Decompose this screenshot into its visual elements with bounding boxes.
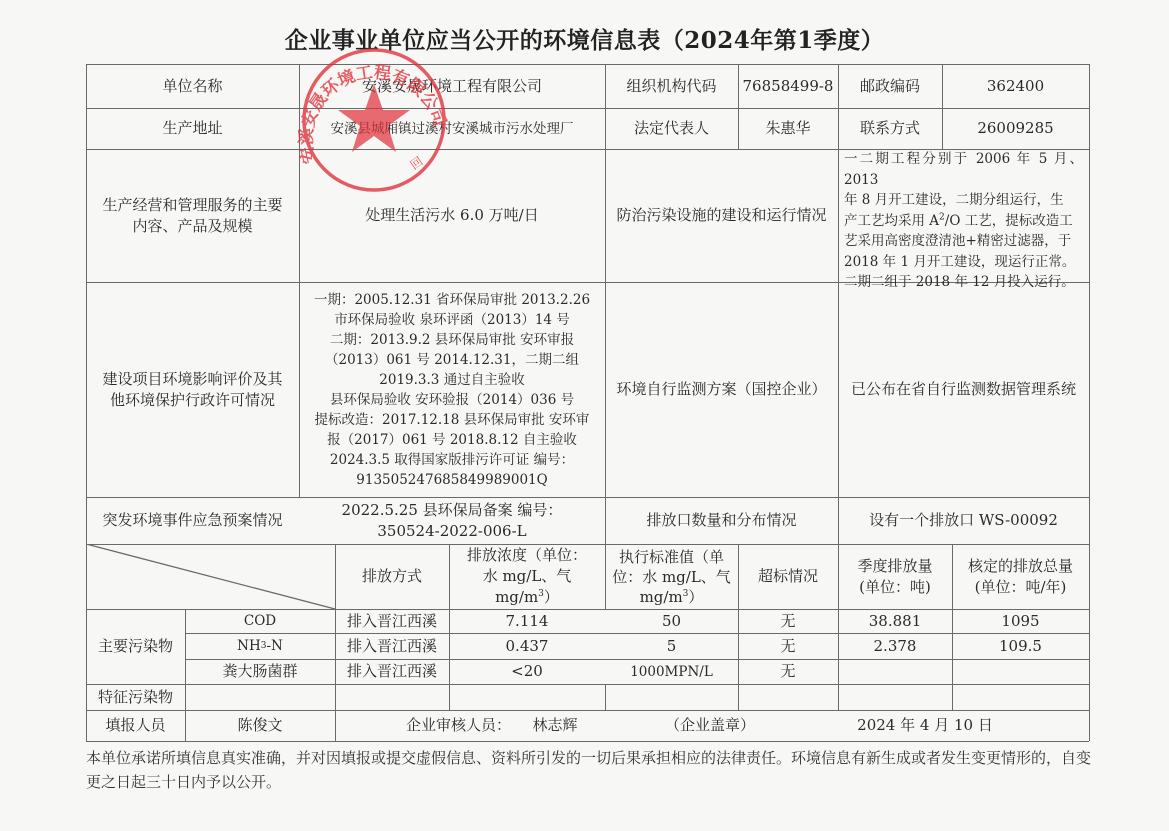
eia-line: 2024.3.5 取得国家版排污许可证 编号： — [330, 450, 574, 470]
postal-code-value: 362400 — [942, 64, 1089, 108]
pollutant-concentration: 7.114 — [449, 609, 605, 633]
grid-line — [952, 684, 953, 710]
pollutant-quarterly: 2.378 — [838, 633, 952, 659]
outlet-value: 设有一个排放口 WS-00092 — [838, 497, 1089, 544]
header-quarterly-line: 季度排放量 — [857, 556, 932, 577]
pollutant-approved: 1095 — [952, 609, 1089, 633]
header-approved-line: (单位：吨/年) — [975, 577, 1067, 598]
monitoring-value: 已公布在省自行监测数据管理系统 — [838, 282, 1089, 497]
unit-name-value: 安溪安晟环境工程有限公司 — [299, 64, 605, 108]
grid-line — [838, 684, 839, 710]
pollutant-quarterly: 38.881 — [838, 609, 952, 633]
emergency-line: 2022.5.25 县环保局备案 编号： — [342, 500, 563, 521]
grid-line — [1089, 64, 1090, 741]
legal-rep-label: 法定代表人 — [605, 108, 738, 149]
emergency-line: 350524-2022-006-L — [377, 521, 526, 542]
eia-label: 建设项目环境影响评价及其他环境保护行政许可情况 — [86, 282, 299, 497]
eia-line: 二期：2013.9.2 县环保局审批 安环审报 — [330, 330, 574, 350]
operations-value: 处理生活污水 6.0 万吨/日 — [299, 149, 605, 282]
filler-label: 填报人员 — [86, 710, 185, 741]
header-quarterly: 季度排放量 (单位：吨) — [838, 544, 952, 609]
pollutant-standard: 5 — [605, 633, 738, 659]
facilities-value: 一二期工程分别于 2006 年 5 月、2013 年 8 月开工建设，二期分组运… — [838, 149, 1089, 282]
pollutant-name: COD — [185, 609, 335, 633]
pollutant-exceed: 无 — [738, 609, 838, 633]
facilities-line: 艺采用高密度澄清池+精密过滤器，于 — [844, 231, 1071, 252]
eia-line: 市环保局验收 泉环评函（2013）14 号 — [334, 310, 570, 330]
facilities-line: 一二期工程分别于 2006 年 5 月、2013 — [844, 149, 1083, 190]
facilities-label: 防治污染设施的建设和运行情况 — [605, 149, 838, 282]
diagonal-line — [86, 544, 336, 610]
header-concentration-line: 水 mg/L、气 mg/m3） — [453, 566, 601, 608]
operations-label: 生产经营和管理服务的主要内容、产品及规模 — [86, 149, 299, 282]
footer-note: 本单位承诺所填信息真实准确，并对因填报或提交虚假信息、资料所引发的一切后果承担相… — [86, 746, 1091, 794]
pollutant-method: 排入晋江西溪 — [335, 633, 449, 659]
header-standard: 执行标准值（单 位：水 mg/L、气 mg/m3） — [605, 544, 738, 609]
contact-label: 联系方式 — [838, 108, 942, 149]
address-label: 生产地址 — [86, 108, 299, 149]
header-approved: 核定的排放总量 (单位：吨/年) — [952, 544, 1089, 609]
facilities-line: 产工艺均采用 A2/O 工艺，提标改造工 — [844, 211, 1073, 232]
pollutant-exceed: 无 — [738, 659, 838, 684]
facilities-line: 2018 年 1 月开工建设，现运行正常。 — [844, 252, 1075, 273]
pollutant-standard: 50 — [605, 609, 738, 633]
postal-code-label: 邮政编码 — [838, 64, 942, 108]
eia-line: （2013）061 号 2014.12.31，二期二组 — [325, 350, 579, 370]
eia-line: 91350524768584998900​1Q — [356, 470, 547, 490]
pollutant-name: 粪大肠菌群 — [185, 659, 335, 684]
header-concentration: 排放浓度（单位： 水 mg/L、气 mg/m3） — [449, 544, 605, 609]
contact-value: 26009285 — [942, 108, 1089, 149]
legal-rep-value: 朱惠华 — [738, 108, 838, 149]
unit-name-label: 单位名称 — [86, 64, 299, 108]
pollutant-approved: 109.5 — [952, 633, 1089, 659]
filler-value: 陈俊文 — [185, 710, 335, 741]
header-standard-line: 位：水 mg/L、气 — [612, 567, 731, 587]
org-code-label: 组织机构代码 — [605, 64, 738, 108]
pollutant-name: NH3-N — [185, 633, 335, 659]
header-concentration-line: 排放浓度（单位： — [467, 545, 587, 566]
emergency-label: 突发环境事件应急预案情况 — [86, 497, 299, 544]
pollutant-concentration: 0.437 — [449, 633, 605, 659]
header-approved-line: 核定的排放总量 — [968, 556, 1073, 577]
address-value: 安溪县城厢镇过溪村安溪城市污水处理厂 — [299, 108, 605, 149]
outlet-label: 排放口数量和分布情况 — [605, 497, 838, 544]
grid-line — [86, 741, 1089, 742]
emergency-value: 2022.5.25 县环保局备案 编号： 350524-2022-006-L — [299, 497, 605, 544]
signoff-date: 2024 年 4 月 10 日 — [840, 710, 1010, 741]
monitoring-label: 环境自行监测方案（国控企业） — [605, 282, 838, 497]
org-code-value: 76858499-8 — [738, 64, 838, 108]
stamp-label: （企业盖章） — [650, 710, 770, 741]
page-title: 企业事业单位应当公开的环境信息表（2024年第1季度） — [0, 22, 1169, 55]
header-method: 排放方式 — [335, 544, 449, 609]
header-standard-line: mg/m3） — [640, 587, 704, 607]
grid-line — [605, 684, 606, 710]
grid-line — [86, 684, 1089, 685]
grid-line — [738, 684, 739, 710]
eia-value: 一期：2005.12.31 省环保局审批 2013.2.26 市环保局验收 泉环… — [299, 282, 605, 497]
header-exceed: 超标情况 — [738, 544, 838, 609]
reviewer-value: 林志辉 — [520, 710, 590, 741]
main-pollutants-label: 主要污染物 — [86, 609, 185, 684]
header-standard-line: 执行标准值（单 — [619, 547, 724, 567]
header-quarterly-line: (单位：吨) — [859, 577, 931, 598]
reviewer-label: 企业审核人员： — [395, 710, 515, 741]
eia-line: 2019.3.3 通过自主验收 — [379, 370, 524, 390]
pollutant-method: 排入晋江西溪 — [335, 609, 449, 633]
pollutant-standard: 1000MPN/L — [605, 659, 738, 684]
grid-line — [449, 684, 450, 710]
pollutant-concentration: <20 — [449, 659, 605, 684]
eia-line: 提标改造：2017.12.18 县环保局审批 安环审 — [315, 410, 590, 430]
facilities-line: 年 8 月开工建设，二期分组运行，生 — [844, 190, 1064, 211]
eia-line: 一期：2005.12.31 省环保局审批 2013.2.26 — [314, 290, 590, 310]
pollutant-method: 排入晋江西溪 — [335, 659, 449, 684]
eia-line: 县环保局验收 安环验报（2014）036 号 — [330, 390, 574, 410]
pollutant-exceed: 无 — [738, 633, 838, 659]
eia-line: 报（2017）061 号 2018.8.12 自主验收 — [327, 430, 577, 450]
characteristic-pollutants-label: 特征污染物 — [86, 684, 185, 710]
